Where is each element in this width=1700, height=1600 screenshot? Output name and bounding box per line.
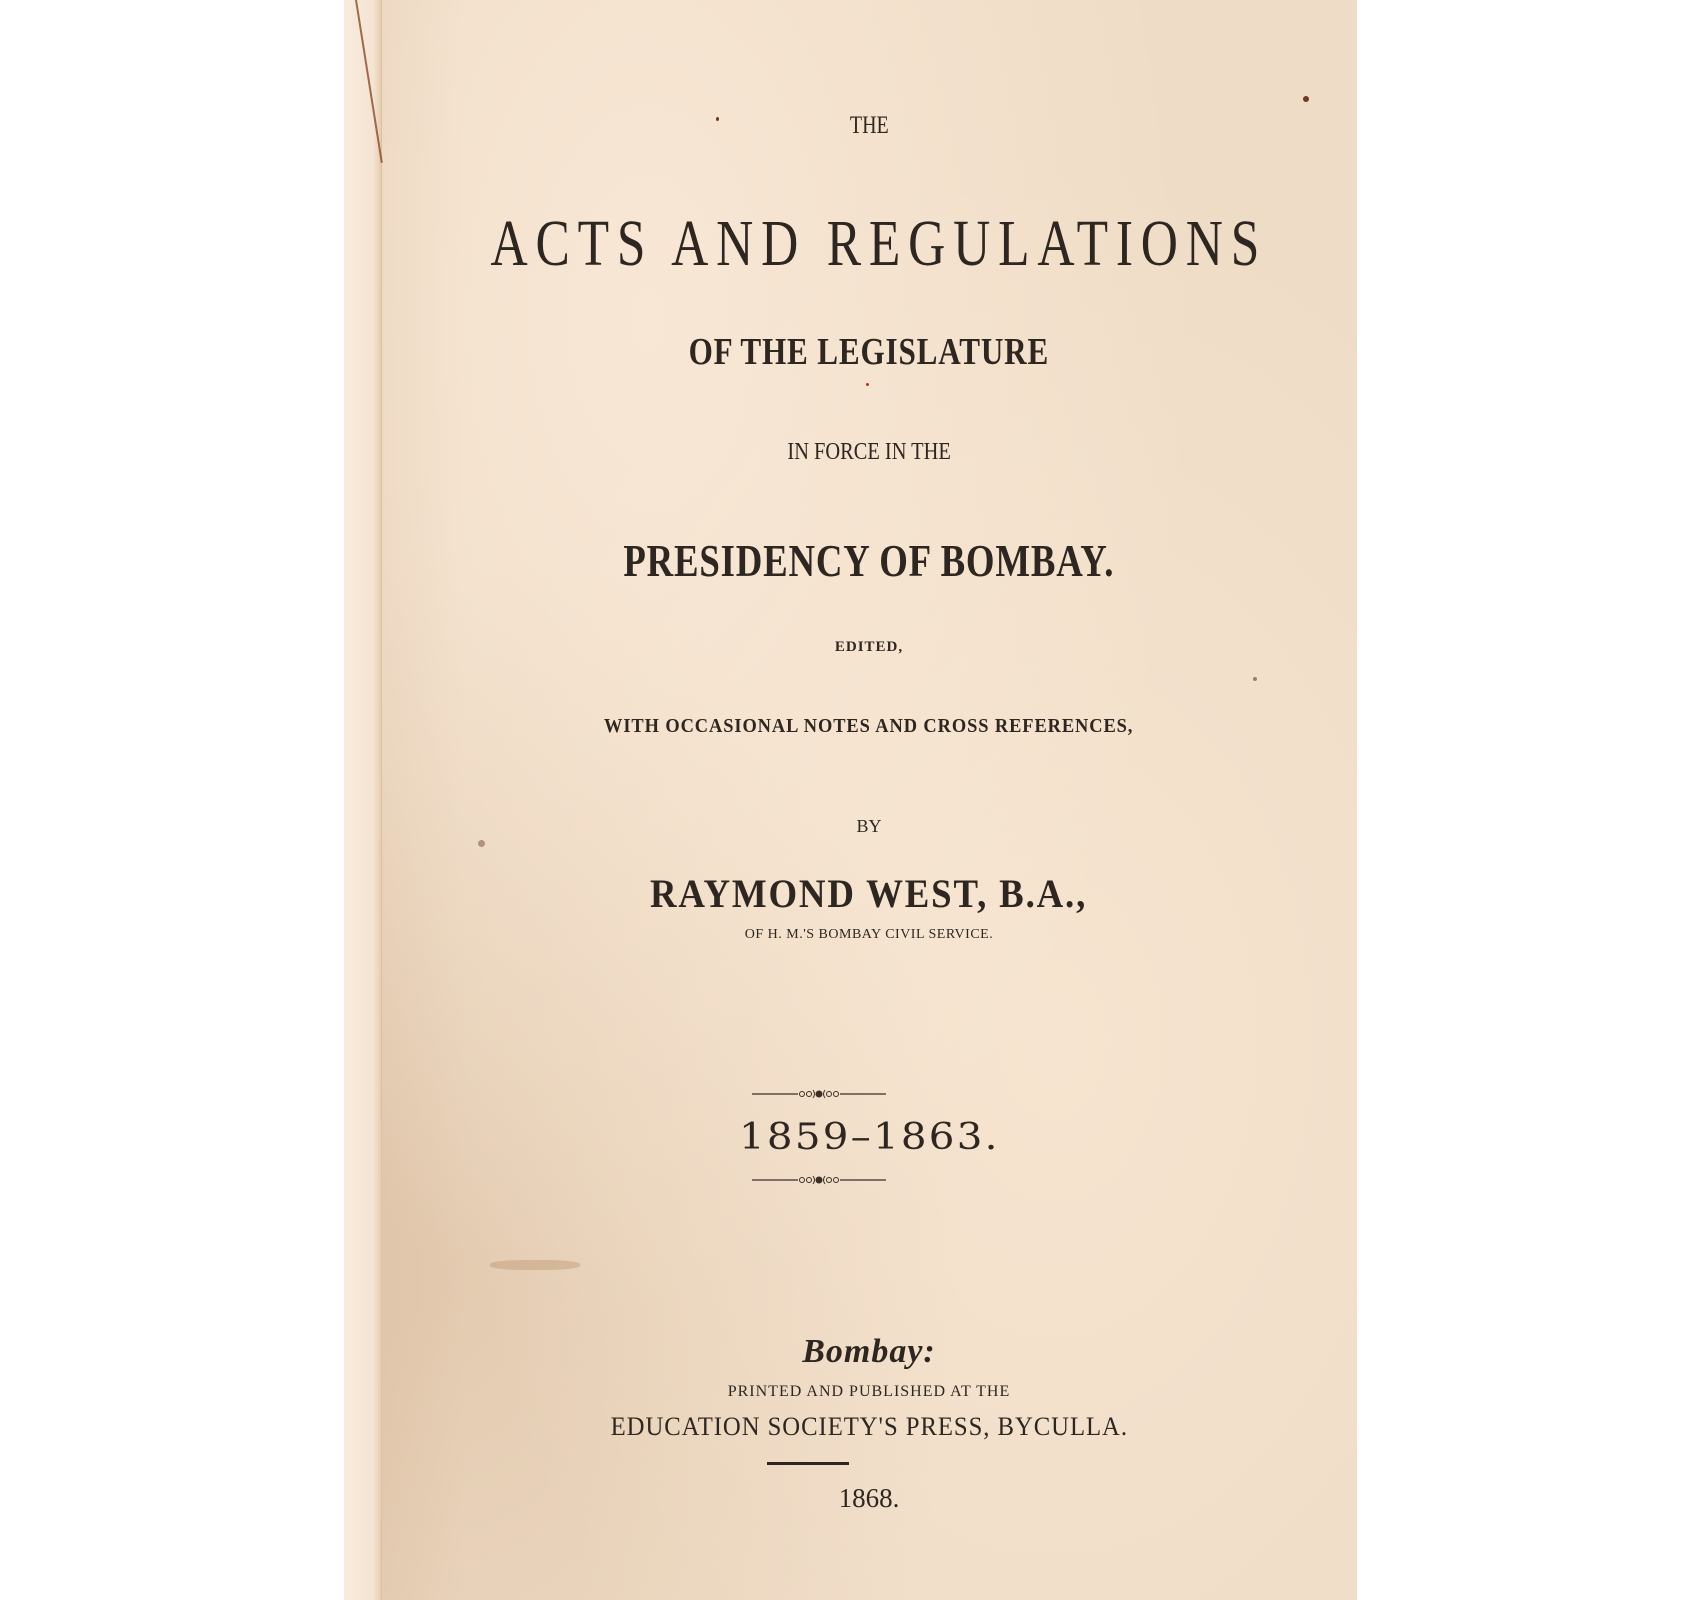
author-name: RAYMOND WEST, B.A.,	[381, 874, 1357, 914]
foxing-spot	[866, 383, 869, 386]
author-affiliation: OF H. M.'S BOMBAY CIVIL SERVICE.	[381, 928, 1357, 942]
foxing-spot	[478, 840, 485, 847]
imprint-line: PRINTED AND PUBLISHED AT THE	[381, 1384, 1357, 1400]
notes-line: WITH OCCASIONAL NOTES AND CROSS REFERENC…	[381, 716, 1357, 736]
ornament-divider-bottom	[752, 1172, 886, 1188]
flyleaf-edge	[344, 0, 382, 1600]
main-title: ACTS AND REGULATIONS	[381, 211, 1357, 277]
title-article: THE	[381, 113, 1357, 138]
subtitle-presidency: PRESIDENCY OF BOMBAY.	[381, 538, 1357, 584]
subtitle-legislature: OF THE LEGISLATURE	[381, 333, 1357, 371]
years-covered: 1859–1863.	[381, 1120, 1357, 1156]
foxing-spot	[1253, 677, 1257, 681]
imprint-city: Bombay:	[381, 1335, 1357, 1369]
horizontal-rule	[767, 1462, 849, 1465]
publication-year: 1868.	[381, 1485, 1357, 1512]
foxing-spot	[490, 1260, 580, 1270]
edited-label: EDITED,	[381, 640, 1357, 655]
ornament-divider-top	[752, 1086, 886, 1102]
foxing-spot	[1303, 96, 1309, 102]
subtitle-in-force: IN FORCE IN THE	[381, 440, 1357, 464]
by-label: BY	[381, 817, 1357, 835]
publisher-name: EDUCATION SOCIETY'S PRESS, BYCULLA.	[381, 1414, 1357, 1440]
